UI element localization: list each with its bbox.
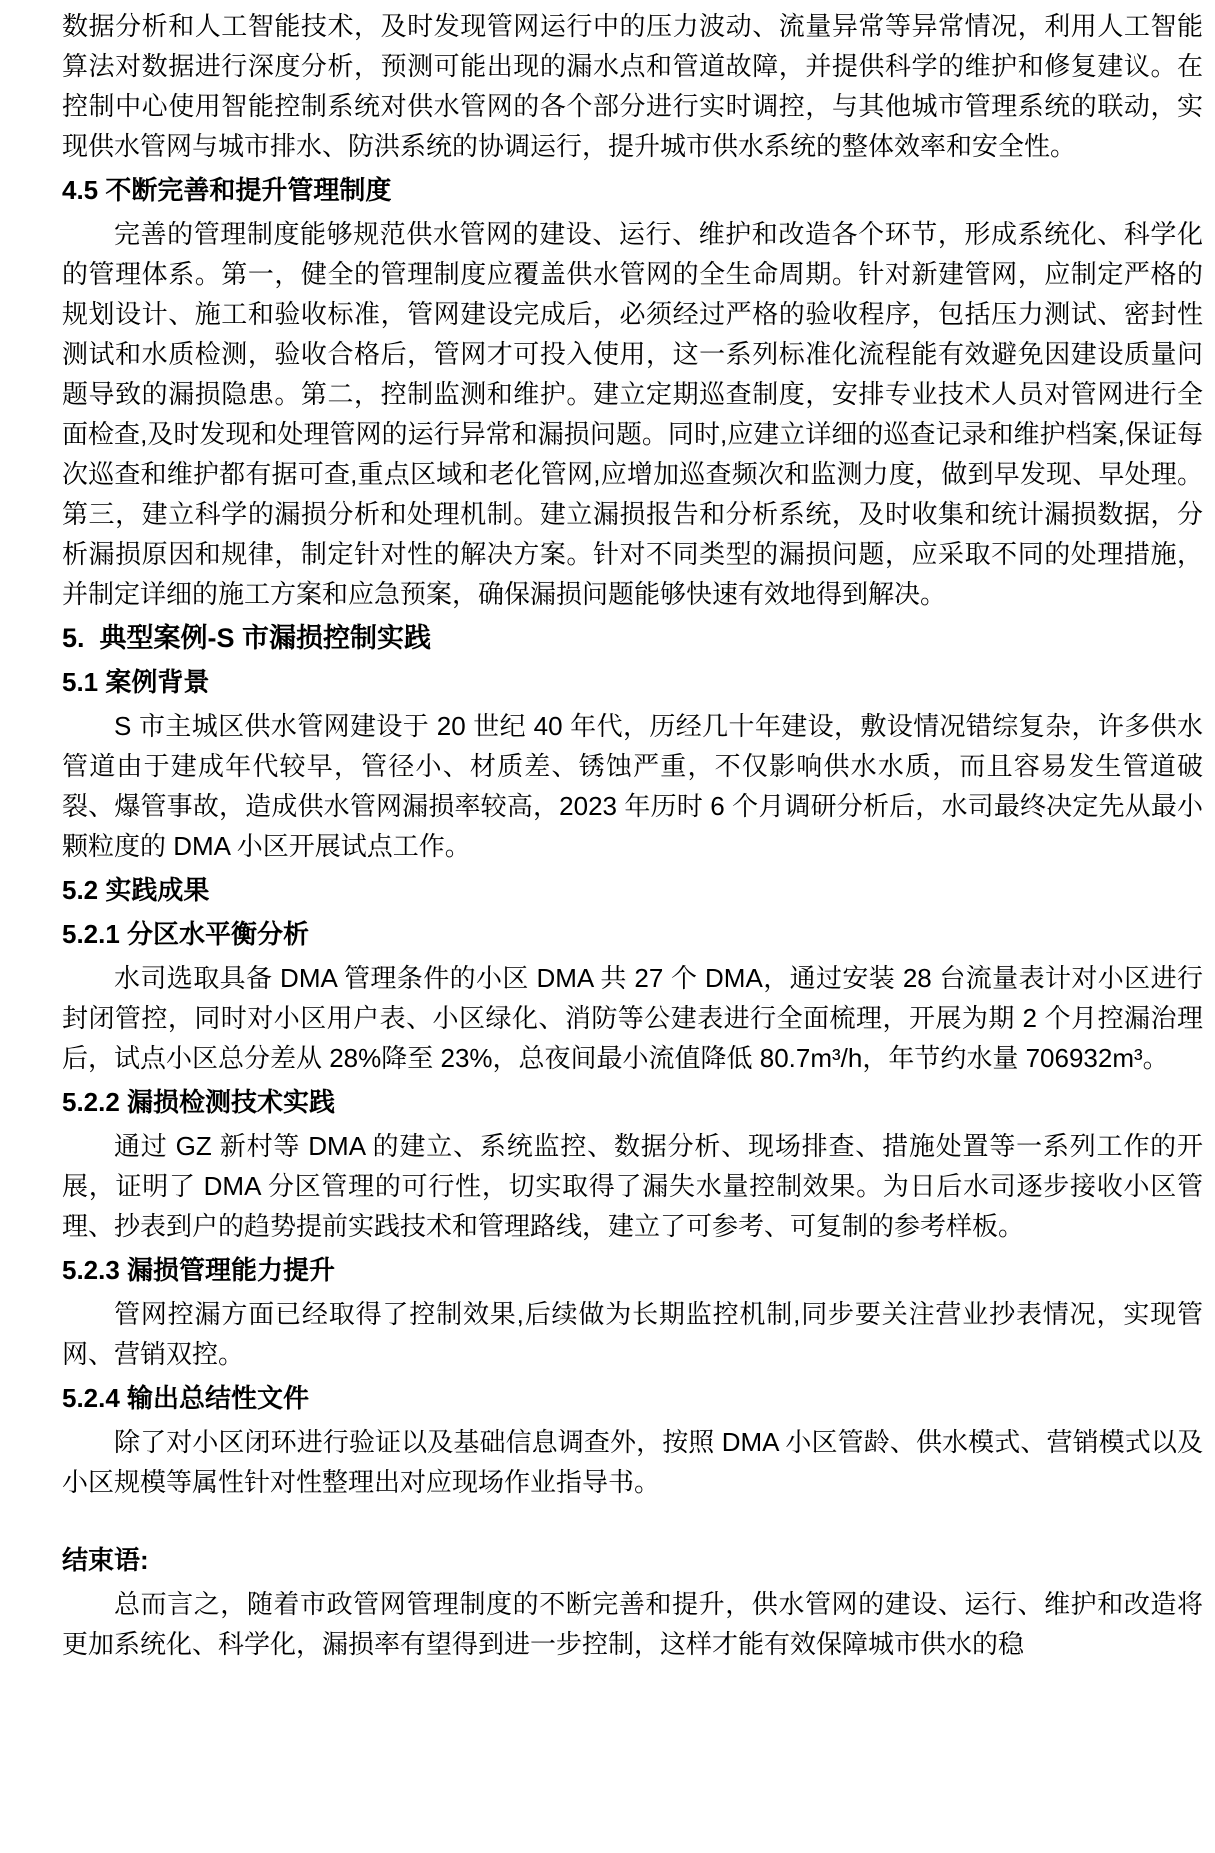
paragraph-water-balance-analysis: 水司选取具备 DMA 管理条件的小区 DMA 共 27 个 DMA，通过安装 2… [62,958,1203,1078]
paragraph-summary-documents: 除了对小区闭环进行验证以及基础信息调查外，按照 DMA 小区管龄、供水模式、营销… [62,1422,1203,1502]
section-heading-5-2: 5.2 实践成果 [62,870,1203,910]
paragraph-conclusion: 总而言之，随着市政管网管理制度的不断完善和提升，供水管网的建设、运行、维护和改造… [62,1584,1203,1664]
chapter-heading-5: 5. 典型案例-S 市漏损控制实践 [62,618,1203,658]
section-heading-5-1: 5.1 案例背景 [62,662,1203,702]
paragraph-case-background: S 市主城区供水管网建设于 20 世纪 40 年代，历经几十年建设，敷设情况错综… [62,706,1203,866]
paragraph-leak-detection-practice: 通过 GZ 新村等 DMA 的建立、系统监控、数据分析、现场排查、措施处置等一系… [62,1126,1203,1246]
paragraph-leak-management-capability: 管网控漏方面已经取得了控制效果,后续做为长期监控机制,同步要关注营业抄表情况，实… [62,1294,1203,1374]
section-heading-5-2-2: 5.2.2 漏损检测技术实践 [62,1082,1203,1122]
paragraph-management-system: 完善的管理制度能够规范供水管网的建设、运行、维护和改造各个环节，形成系统化、科学… [62,214,1203,614]
section-heading-5-2-1: 5.2.1 分区水平衡分析 [62,914,1203,954]
section-heading-4-5: 4.5 不断完善和提升管理制度 [62,170,1203,210]
document-page: 数据分析和人工智能技术，及时发现管网运行中的压力波动、流量异常等异常情况，利用人… [0,0,1215,1853]
section-heading-5-2-4: 5.2.4 输出总结性文件 [62,1378,1203,1418]
closing-remarks-heading: 结束语: [62,1540,1203,1580]
section-heading-5-2-3: 5.2.3 漏损管理能力提升 [62,1250,1203,1290]
paragraph-smart-control-continuation: 数据分析和人工智能技术，及时发现管网运行中的压力波动、流量异常等异常情况，利用人… [62,6,1203,166]
